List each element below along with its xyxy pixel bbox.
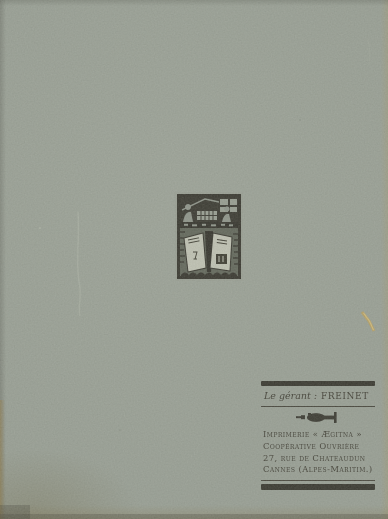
imprint-line: Imprimerie « Ægitna » [263, 429, 375, 441]
printing-press-emblem-icon [175, 192, 243, 281]
imprint-line: 27, rue de Chateaudun [263, 453, 375, 465]
rule-thick-top [261, 381, 375, 386]
gerant-prefix: Le gérant : [264, 391, 317, 402]
imprint-line: Coopérative Ouvrière [263, 441, 375, 453]
gerant-line: Le gérant : FREINET [261, 391, 375, 407]
imprint-block: Le gérant : FREINET Imprimerie « Ægitna … [261, 381, 375, 490]
imprint-line: Cannes (Alpes-Maritim.) [263, 464, 375, 476]
page-edge-wear [0, 400, 5, 519]
rule-thick-bottom [261, 484, 375, 490]
hand-press-icon [296, 411, 340, 424]
gerant-name: FREINET [321, 392, 369, 403]
rule-thin-bottom [261, 480, 375, 481]
scanned-back-cover: Le gérant : FREINET Imprimerie « Ægitna … [0, 0, 388, 519]
imprint-address: Imprimerie « Ægitna » Coopérative Ouvriè… [261, 429, 375, 476]
